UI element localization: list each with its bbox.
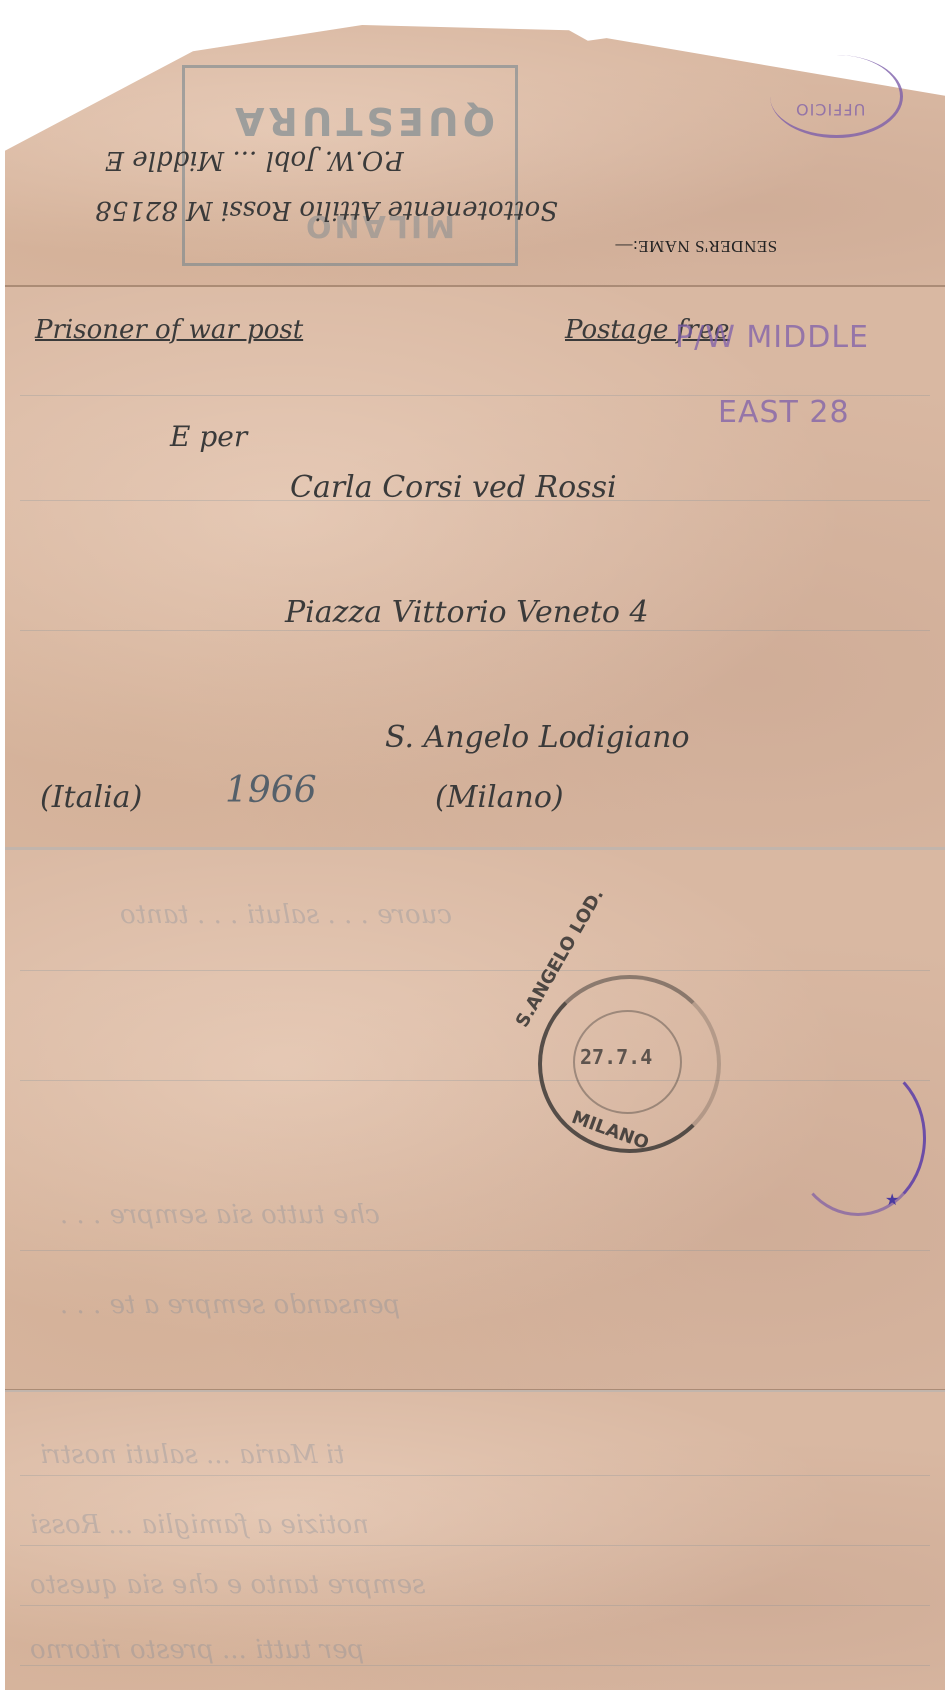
violet-partial-postmark (790, 1060, 926, 1216)
recipient-street: Piazza Vittorio Veneto 4 (285, 595, 649, 630)
ufficio-violet-stamp (770, 55, 903, 138)
ruled-line (20, 1605, 930, 1606)
censor-stamp-top: QUESTURA (231, 99, 495, 143)
bleed-through-text: che tutto sia sempre . . . (60, 1200, 380, 1230)
sender-line-1: Sottotenente Attilio Rossi M 82158 (95, 195, 558, 225)
recipient-town: S. Angelo Lodigiano (385, 720, 690, 755)
bleed-through-text: cuore . . . saluti . . . tanto (120, 900, 452, 930)
bleed-through-text: sempre tanto e che sia questo (30, 1570, 425, 1600)
number-note: 1966 (225, 770, 317, 811)
violet-star-icon: ★ (885, 1190, 899, 1210)
ruled-line (20, 1475, 930, 1476)
ruled-line (20, 1080, 930, 1081)
pw-middle-stamp: P/W MIDDLE (675, 320, 869, 355)
recipient-country: (Italia) (40, 780, 142, 815)
ruled-line (20, 630, 930, 631)
ruled-line (20, 1250, 930, 1251)
address-panel (5, 287, 945, 847)
bleed-through-text: pensando sempre a te . . . (60, 1290, 400, 1320)
east-28-stamp: EAST 28 (718, 395, 850, 430)
bleed-through-text: ti Maria ... saluti nostri (40, 1440, 345, 1470)
letter-sheet: QUESTURA MILANO UFFICIO P.O.W. Jobl ... … (0, 0, 950, 1693)
ruled-line (20, 1545, 930, 1546)
postmark-date: 27.7.4 (580, 1045, 652, 1069)
ruled-line (20, 1665, 930, 1666)
ufficio-stamp-text: UFFICIO (795, 100, 865, 119)
recipient-name: Carla Corsi ved Rossi (290, 470, 617, 505)
per-prefix: E per (170, 420, 247, 453)
senders-name-label: SENDER'S NAME:— (615, 236, 777, 256)
bleed-through-text: notizie a famiglia ... Rossi (30, 1510, 369, 1540)
ruled-line (20, 970, 930, 971)
recipient-province: (Milano) (435, 780, 564, 815)
sender-line-2: P.O.W. Jobl ... Middle E (105, 145, 404, 175)
bleed-through-text: per tutti ... presto ritorno (30, 1635, 364, 1665)
pow-post-header: Prisoner of war post (35, 315, 303, 345)
